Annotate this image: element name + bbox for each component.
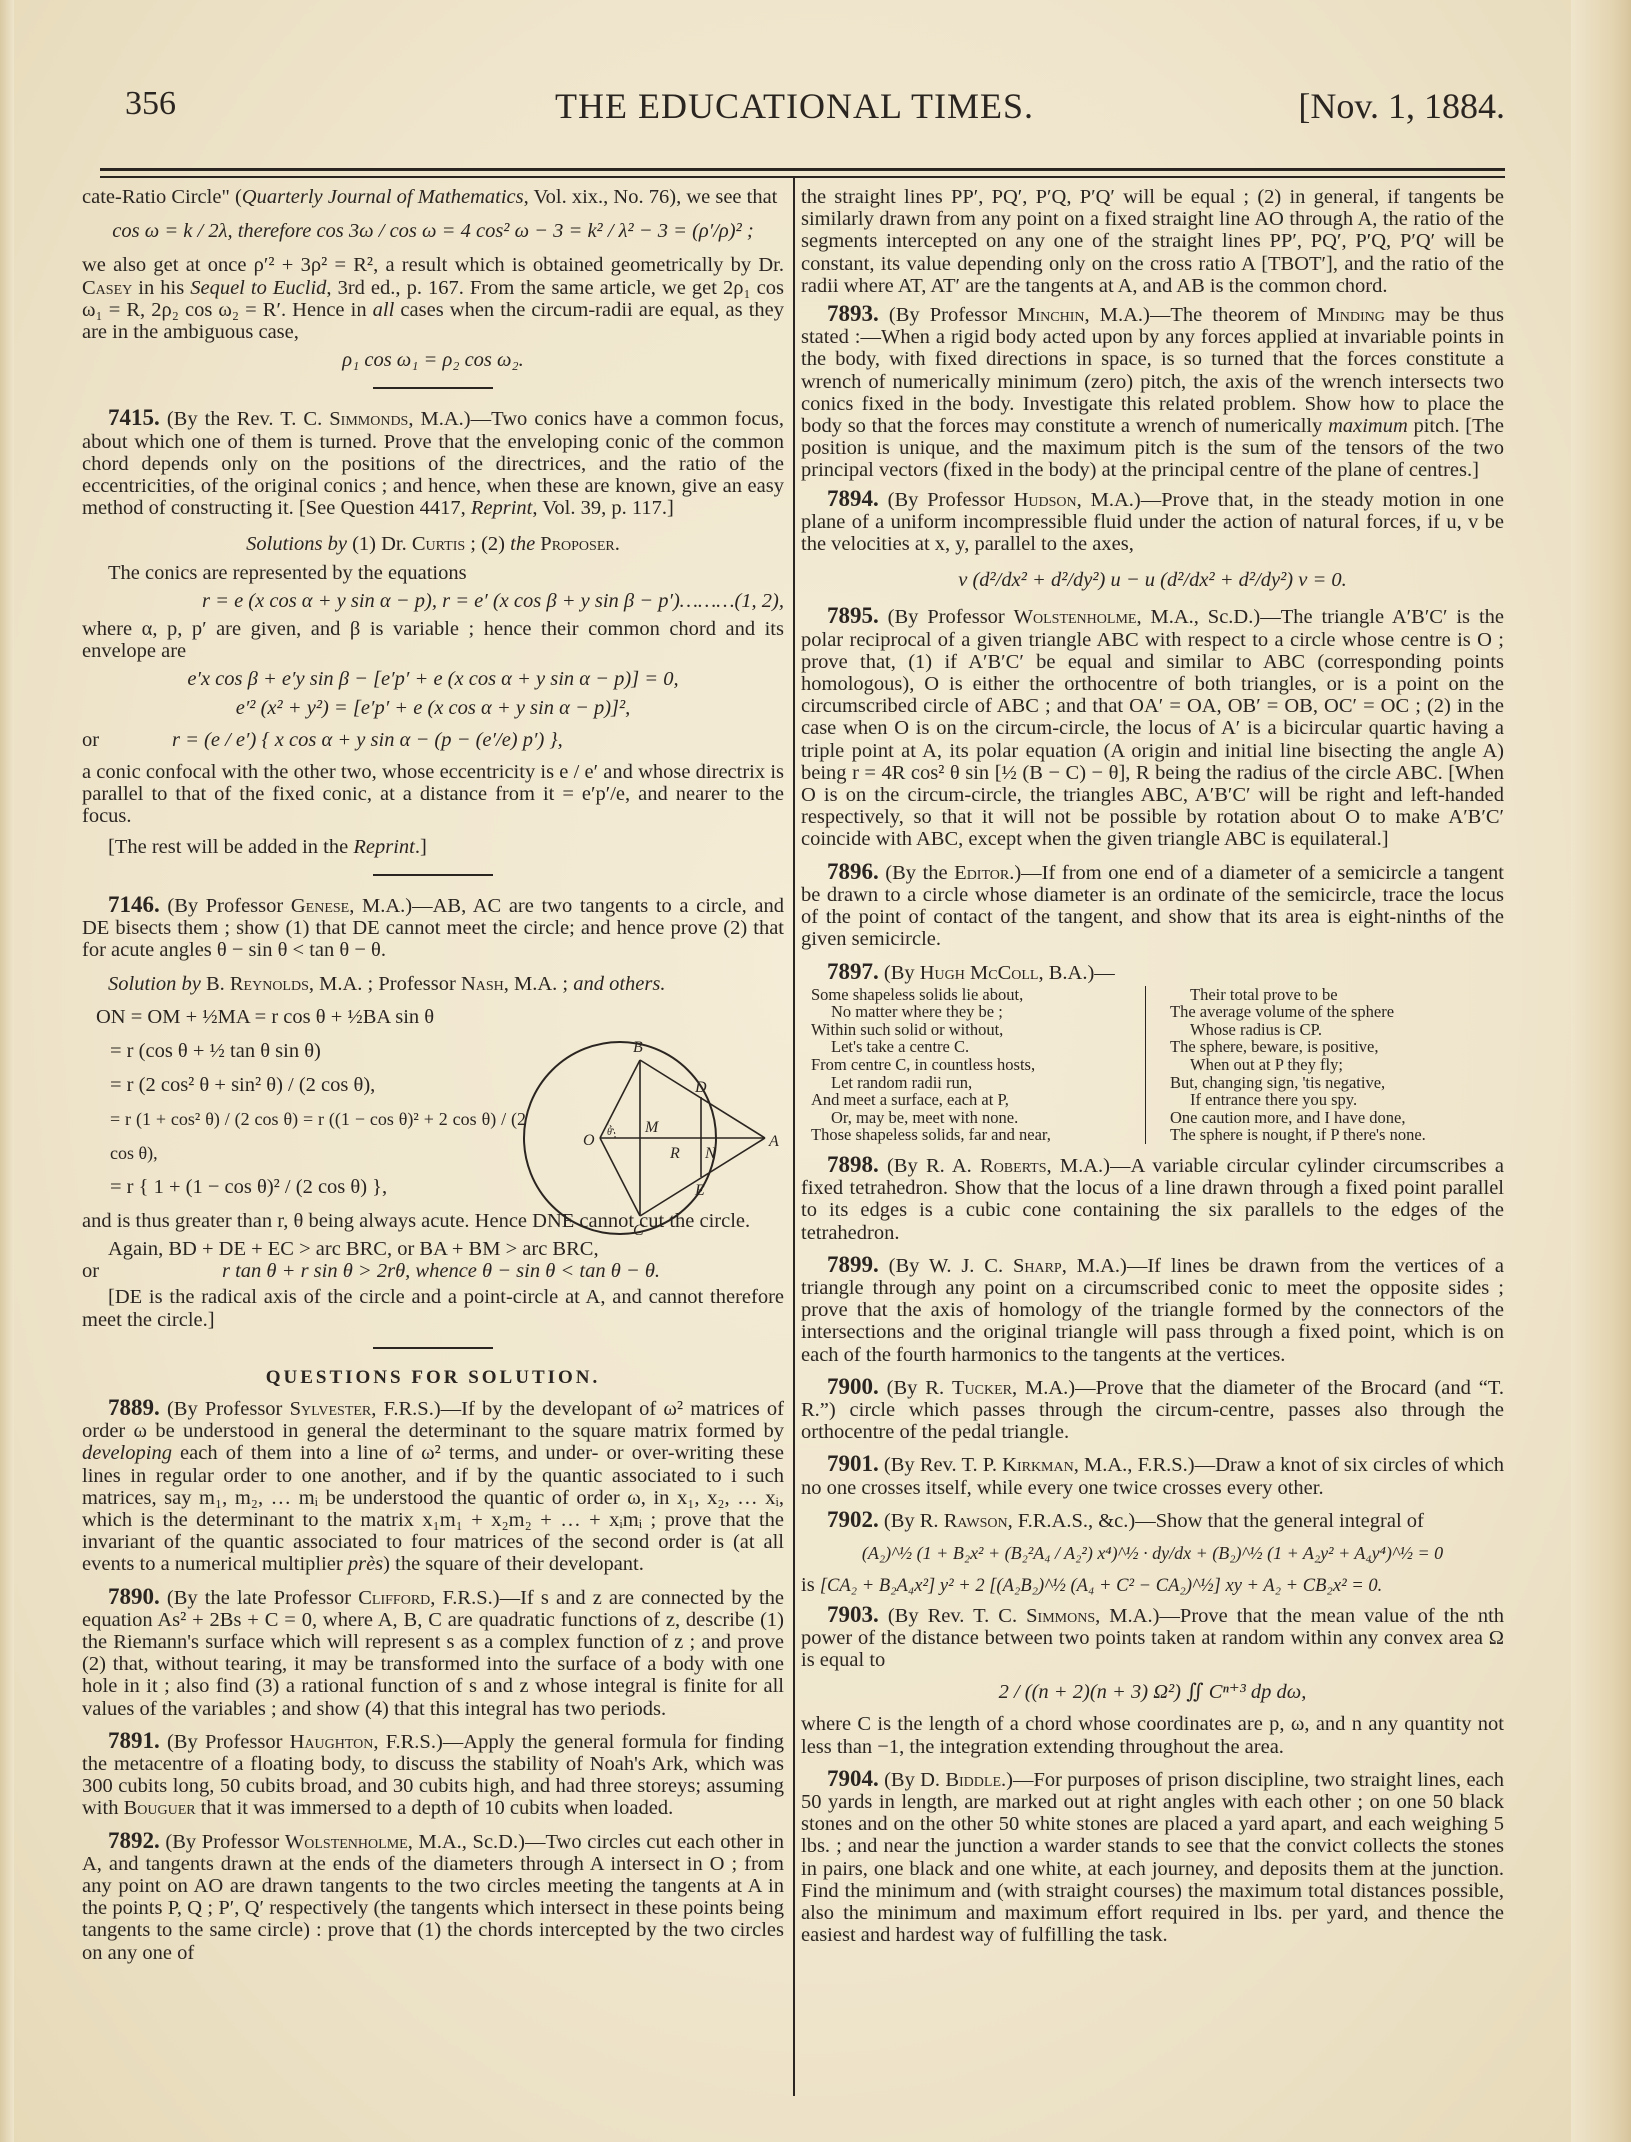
question-7891: 7891. (By Professor Haughton, F.R.S.)—Ap… [82,1730,784,1820]
question-number: 7900. [827,1374,879,1399]
label-M: M [644,1119,660,1136]
author: Simmonds [329,408,408,430]
author: Simmons [1026,1605,1095,1627]
question-7902: 7902. (By R. Rawson, F.R.A.S., &c.)—Show… [801,1509,1504,1532]
question-7904: 7904. (By D. Biddle.)—For purposes of pr… [801,1768,1504,1947]
label-theta: θ [607,1127,612,1138]
question-7890: 7890. (By the late Professor Clifford, F… [82,1586,784,1720]
question-number: 7415. [108,405,160,430]
question-number: 7904. [827,1766,879,1791]
question-number: 7897. [827,959,879,984]
question-7896: 7896. (By the Editor.)—If from one end o… [801,861,1504,951]
author: Sylvester [290,1398,372,1420]
separator [373,387,493,389]
question-7892-continued: the straight lines PP′, PQ′, P′Q, P′Q′ w… [801,186,1504,297]
author: Wolstenholme [285,1831,408,1853]
question-7889: 7889. (By Professor Sylvester, F.R.S.)—I… [82,1397,784,1576]
label-E: E [694,1182,705,1199]
author: Biddle [945,1769,1001,1791]
editorial-note: [DE is the radical axis of the circle an… [82,1286,784,1330]
author: Haughton [290,1731,374,1753]
author: Wolstenholme [1014,606,1137,628]
derivation: ON = OM + ½MA = r cos θ + ½BA sin θ = r … [82,1000,526,1204]
intro-final-equation: ρ₁ cos ω₁ = ρ₂ cos ω₂. [82,349,784,371]
solution-text: Again, BD + DE + EC > arc BRC, or BA + B… [82,1238,784,1260]
equation: e′² (x² + y²) = [e′p′ + e (x cos α + y s… [82,697,784,719]
question-number: 7895. [827,603,879,628]
question-number: 7893. [827,301,879,326]
page-edge-left [0,0,14,2142]
right-column: the straight lines PP′, PQ′, P′Q, P′Q′ w… [801,186,1504,1946]
question-text: where C is the length of a chord whose c… [801,1713,1504,1757]
equation-line: is [CA₂ + B₂A₄x²] y² + 2 [(A₂B₂)^½ (A₄ +… [801,1574,1504,1597]
question-7903: 7903. (By Rev. T. C. Simmons, M.A.)—Prov… [801,1604,1504,1672]
author: Kirkman [1002,1454,1074,1476]
author: Sharp [1013,1255,1062,1277]
author: Clifford [358,1587,430,1609]
question-7893: 7893. (By Professor Minchin, M.A.)—The t… [801,303,1504,482]
question-7415: 7415. (By the Rev. T. C. Simmonds, M.A.)… [82,407,784,519]
equation-row: or r = (e / e′) { x cos α + y sin α − (p… [82,729,784,751]
equation-line: = r (cos θ + ½ tan θ sin θ) [96,1034,526,1068]
newspaper-page: 356 THE EDUCATIONAL TIMES. [Nov. 1, 1884… [0,0,1631,2142]
intro-paragraph: cate-Ratio Circle" (Quarterly Journal of… [82,186,784,208]
question-number: 7903. [827,1602,879,1627]
equation: v (d²/dx² + d²/dy²) u − u (d²/dx² + d²/d… [801,569,1504,591]
author: Hugh McColl [920,962,1039,984]
tangent-circle-diagram: B D O θ M A R N E C [515,1030,805,1240]
issue-date: [Nov. 1, 1884. [1298,85,1505,127]
question-number: 7902. [827,1507,879,1532]
label-D: D [694,1079,707,1096]
separator [373,874,493,876]
question-number: 7889. [108,1395,160,1420]
separator [373,1347,493,1349]
poem: Some shapeless solids lie about, No matt… [801,986,1504,1144]
equation: 2 / ((n + 2)(n + 3) Ω²) ∬ Cⁿ⁺³ dp dω, [801,1681,1504,1703]
question-number: 7146. [108,892,160,917]
solution-text: a conic confocal with the other two, who… [82,761,784,828]
intro-paragraph-2: we also get at once ρ′² + 3ρ² = R², a re… [82,254,784,343]
equation-row: or r tan θ + r sin θ > 2rθ, whence θ − s… [82,1260,784,1282]
solution-text: where α, p, p′ are given, and β is varia… [82,618,784,662]
page-number: 356 [125,85,176,123]
equation-line: ON = OM + ½MA = r cos θ + ½BA sin θ [96,1000,526,1034]
header-rule-thin [100,176,1505,178]
question-number: 7896. [827,859,879,884]
page-edge-right [1571,0,1631,2142]
publication-title: THE EDUCATIONAL TIMES. [555,85,1034,127]
section-heading: QUESTIONS FOR SOLUTION. [82,1367,784,1389]
solution-text: The conics are represented by the equati… [82,562,784,584]
label-R: R [669,1145,680,1162]
question-7892: 7892. (By Professor Wolstenholme, M.A., … [82,1830,784,1964]
author: Tucker [952,1377,1012,1399]
question-number: 7899. [827,1252,879,1277]
equation-line: = r (1 + cos² θ) / (2 cos θ) = r ((1 − c… [96,1102,526,1170]
question-7894: 7894. (By Professor Hudson, M.A.)—Prove … [801,488,1504,556]
poem-left-stanza: Some shapeless solids lie about, No matt… [801,986,1145,1144]
equation: r tan θ + r sin θ > 2rθ, whence θ − sin … [222,1260,660,1282]
equation: r = (e / e′) { x cos α + y sin α − (p − … [172,729,563,751]
question-7146: 7146. (By Professor Genese, M.A.)—AB, AC… [82,894,784,962]
label-N: N [704,1145,717,1162]
label-O: O [583,1132,595,1149]
question-number: 7892. [108,1828,160,1853]
author: Minchin [1017,304,1084,326]
label-B: B [633,1039,643,1056]
equation: r = e (x cos α + y sin α − p), r = e′ (x… [82,590,784,612]
question-number: 7890. [108,1584,160,1609]
equation-line: = r (2 cos² θ + sin² θ) / (2 cos θ), [96,1068,526,1102]
reprint-note: [The rest will be added in the Reprint.] [82,836,784,858]
author: Editor [954,862,1009,884]
question-number: 7891. [108,1728,160,1753]
question-7899: 7899. (By W. J. C. Sharp, M.A.)—If lines… [801,1254,1504,1366]
author: Hudson [1014,489,1077,511]
author: Roberts [980,1155,1047,1177]
solutions-heading: Solutions by (1) Dr. Curtis ; (2) the Pr… [82,533,784,555]
label-A: A [768,1133,779,1150]
author: Genese [291,895,349,917]
page-header: 356 THE EDUCATIONAL TIMES. [Nov. 1, 1884… [125,85,1505,135]
question-number: 7901. [827,1451,879,1476]
solution-heading: Solution by B. Reynolds, M.A. ; Professo… [82,973,784,995]
question-number: 7898. [827,1152,879,1177]
question-7898: 7898. (By R. A. Roberts, M.A.)—A variabl… [801,1154,1504,1244]
equation: e′x cos β + e′y sin β − [e′p′ + e (x cos… [82,668,784,690]
equation: (A₂)^½ (1 + B₂x² + (B₂²A₄ / A₂²) x⁴)^½ ·… [801,1542,1504,1564]
question-7900: 7900. (By R. Tucker, M.A.)—Prove that th… [801,1376,1504,1444]
header-rule-thick [100,168,1505,171]
poem-right-stanza: Their total prove to be The average volu… [1145,986,1504,1144]
question-7897: 7897. (By Hugh McColl, B.A.)— [801,961,1504,984]
journal-title: Quarterly Journal of Mathematics [242,186,524,208]
question-number: 7894. [827,486,879,511]
equation-line: = r { 1 + (1 − cos θ)² / (2 cos θ) }, [96,1170,526,1204]
question-7895: 7895. (By Professor Wolstenholme, M.A., … [801,605,1504,850]
label-C: C [633,1222,644,1239]
author: Rawson [944,1510,1008,1532]
question-7901: 7901. (By Rev. T. P. Kirkman, M.A., F.R.… [801,1453,1504,1498]
intro-equation: cos ω = k / 2λ, therefore cos 3ω / cos ω… [82,220,784,242]
